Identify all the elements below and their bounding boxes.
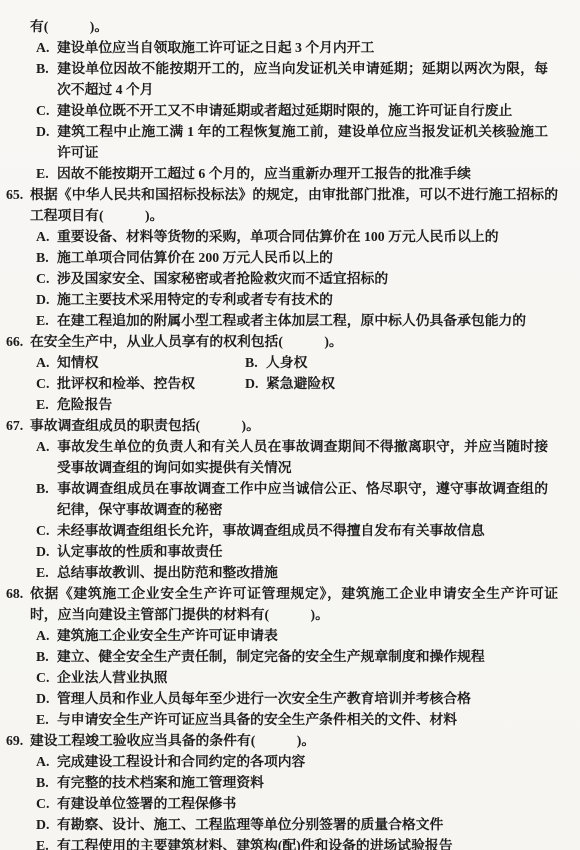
- option: A.建设单位应当自领取施工许可证之日起 3 个月内开工: [36, 37, 548, 58]
- option-text: 危险报告: [57, 397, 112, 412]
- question-block: 有( )。A.建设单位应当自领取施工许可证之日起 3 个月内开工B.建设单位因故…: [0, 16, 580, 184]
- question-stem-text: 有( )。: [30, 19, 108, 34]
- option-text: 与申请安全生产许可证应当具备的安全生产条件相关的文件、材料: [57, 712, 457, 727]
- option-letter: D.: [36, 688, 57, 709]
- option-letter: D.: [36, 289, 57, 310]
- option: C.批评权和检举、控告权: [36, 373, 245, 394]
- option: D.管理人员和作业人员每年至少进行一次安全生产教育培训并考核合格: [36, 688, 548, 709]
- option-letter: B.: [36, 772, 57, 793]
- question-block: 68.依据《建筑施工企业安全生产许可证管理规定》，建筑施工企业申请安全生产许可证…: [0, 583, 580, 730]
- question-stem-text: 依据《建筑施工企业安全生产许可证管理规定》，建筑施工企业申请安全生产许可证时，应…: [30, 586, 558, 622]
- option: B.事故调查组成员在事故调查工作中应当诚信公正、恪尽职守，遵守事故调查组的纪律，…: [36, 478, 548, 520]
- option-text: 建筑工程中止施工满 1 年的工程恢复施工前，建设单位应当报发证机关核验施工许可证: [57, 124, 548, 160]
- option-letter: D.: [36, 121, 57, 142]
- option-letter: B.: [36, 247, 57, 268]
- option-text: 建设单位因故不能按期开工的，应当向发证机关申请延期；延期以两次为限，每次不超过 …: [57, 61, 548, 97]
- option: B.人身权: [245, 352, 548, 373]
- question-stem-text: 在安全生产中，从业人员享有的权利包括( )。: [30, 334, 343, 349]
- option: E.危险报告: [36, 394, 245, 415]
- option-letter: A.: [36, 625, 57, 646]
- option-letter: A.: [36, 352, 57, 373]
- option-letter: C.: [36, 268, 57, 289]
- option: C.企业法人营业执照: [36, 667, 548, 688]
- option-letter: E.: [36, 562, 57, 583]
- option-letter: D.: [245, 373, 266, 394]
- option: D.有勘察、设计、施工、工程监理等单位分别签署的质量合格文件: [36, 814, 548, 835]
- option-letter: A.: [36, 436, 57, 457]
- option-letter: D.: [36, 541, 57, 562]
- option: B.建设单位因故不能按期开工的，应当向发证机关申请延期；延期以两次为限，每次不超…: [36, 58, 548, 100]
- question-number: 66.: [6, 331, 23, 352]
- option-text: 事故发生单位的负责人和有关人员在事故调查期间不得撤离职守，并应当随时接受事故调查…: [57, 439, 548, 475]
- option: B.施工单项合同估算价在 200 万元人民币以上的: [36, 247, 548, 268]
- question-list: 有( )。A.建设单位应当自领取施工许可证之日起 3 个月内开工B.建设单位因故…: [0, 16, 580, 850]
- question-number: 69.: [6, 730, 23, 751]
- option-letter: C.: [36, 373, 57, 394]
- option-letter: E.: [36, 835, 57, 850]
- option-text: 未经事故调查组组长允许，事故调查组成员不得擅自发布有关事故信息: [57, 523, 485, 538]
- option-row: C.批评权和检举、控告权D.紧急避险权: [36, 373, 548, 394]
- option-text: 有勘察、设计、施工、工程监理等单位分别签署的质量合格文件: [57, 817, 443, 832]
- question-block: 69.建设工程竣工验收应当具备的条件有( )。A.完成建设工程设计和合同约定的各…: [0, 730, 580, 850]
- option: C.有建设单位签署的工程保修书: [36, 793, 548, 814]
- option: E.有工程使用的主要建筑材料、建筑构(配)件和设备的进场试验报告: [36, 835, 548, 850]
- option-letter: E.: [36, 310, 57, 331]
- option-text: 建筑施工企业安全生产许可证申请表: [57, 628, 278, 643]
- option: D.紧急避险权: [245, 373, 548, 394]
- question-stem-text: 事故调查组成员的职责包括( )。: [30, 418, 260, 433]
- question-number: 68.: [6, 583, 23, 604]
- option-letter: A.: [36, 37, 57, 58]
- option-text: 总结事故教训、提出防范和整改措施: [57, 565, 278, 580]
- question-block: 67.事故调查组成员的职责包括( )。A.事故发生单位的负责人和有关人员在事故调…: [0, 415, 580, 583]
- option-letter: C.: [36, 793, 57, 814]
- question-stem: 66.在安全生产中，从业人员享有的权利包括( )。: [30, 331, 558, 352]
- question-number: 67.: [6, 415, 23, 436]
- option-letter: E.: [36, 163, 57, 184]
- option-text: 建设单位应当自领取施工许可证之日起 3 个月内开工: [57, 40, 374, 55]
- option: B.有完整的技术档案和施工管理资料: [36, 772, 548, 793]
- option-letter: C.: [36, 667, 57, 688]
- option-text: 事故调查组成员在事故调查工作中应当诚信公正、恪尽职守，遵守事故调查组的纪律，保守…: [57, 481, 548, 517]
- option: A.知情权: [36, 352, 245, 373]
- option-text: 涉及国家安全、国家秘密或者抢险救灾而不适宜招标的: [57, 271, 388, 286]
- option: A.重要设备、材料等货物的采购，单项合同估算价在 100 万元人民币以上的: [36, 226, 548, 247]
- question-stem-text: 根据《中华人民共和国招标投标法》的规定，由审批部门批准，可以不进行施工招标的工程…: [30, 187, 558, 223]
- question-stem: 68.依据《建筑施工企业安全生产许可证管理规定》，建筑施工企业申请安全生产许可证…: [30, 583, 558, 625]
- option-text: 知情权: [57, 355, 98, 370]
- option-text: 有完整的技术档案和施工管理资料: [57, 775, 264, 790]
- option: C.涉及国家安全、国家秘密或者抢险救灾而不适宜招标的: [36, 268, 548, 289]
- question-stem: 有( )。: [30, 16, 558, 37]
- option-letter: B.: [36, 58, 57, 79]
- option-row: A.知情权B.人身权: [36, 352, 548, 373]
- question-stem-text: 建设工程竣工验收应当具备的条件有( )。: [30, 733, 315, 748]
- option: A.完成建设工程设计和合同约定的各项内容: [36, 751, 548, 772]
- question-stem: 65.根据《中华人民共和国招标投标法》的规定，由审批部门批准，可以不进行施工招标…: [30, 184, 558, 226]
- option: E.与申请安全生产许可证应当具备的安全生产条件相关的文件、材料: [36, 709, 548, 730]
- option-letter: E.: [36, 709, 57, 730]
- option-text: 认定事故的性质和事故责任: [57, 544, 223, 559]
- option: D.施工主要技术采用特定的专利或者专有技术的: [36, 289, 548, 310]
- option-text: 建立、健全安全生产责任制，制定完备的安全生产规章制度和操作规程: [57, 649, 485, 664]
- option-text: 企业法人营业执照: [57, 670, 167, 685]
- option-letter: D.: [36, 814, 57, 835]
- option-text: 在建工程追加的附属小型工程或者主体加层工程，原中标人仍具备承包能力的: [57, 313, 526, 328]
- option-text: 紧急避险权: [266, 376, 335, 391]
- question-block: 65.根据《中华人民共和国招标投标法》的规定，由审批部门批准，可以不进行施工招标…: [0, 184, 580, 331]
- option-letter: B.: [245, 352, 266, 373]
- option-text: 建设单位既不开工又不申请延期或者超过延期时限的，施工许可证自行废止: [57, 103, 512, 118]
- question-stem: 67.事故调查组成员的职责包括( )。: [30, 415, 558, 436]
- option-text: 重要设备、材料等货物的采购，单项合同估算价在 100 万元人民币以上的: [57, 229, 499, 244]
- option: E.在建工程追加的附属小型工程或者主体加层工程，原中标人仍具备承包能力的: [36, 310, 548, 331]
- option-text: 有工程使用的主要建筑材料、建筑构(配)件和设备的进场试验报告: [57, 838, 453, 850]
- option-text: 有建设单位签署的工程保修书: [57, 796, 236, 811]
- option: C.建设单位既不开工又不申请延期或者超过延期时限的，施工许可证自行废止: [36, 100, 548, 121]
- option-text: 因故不能按期开工超过 6 个月的，应当重新办理开工报告的批准手续: [57, 166, 471, 181]
- option-letter: A.: [36, 226, 57, 247]
- option-letter: C.: [36, 520, 57, 541]
- option-letter: C.: [36, 100, 57, 121]
- option-text: 批评权和检举、控告权: [57, 376, 195, 391]
- question-number: 65.: [6, 184, 23, 205]
- option: E.总结事故教训、提出防范和整改措施: [36, 562, 548, 583]
- option-letter: A.: [36, 751, 57, 772]
- option-text: 完成建设工程设计和合同约定的各项内容: [57, 754, 305, 769]
- option: C.未经事故调查组组长允许，事故调查组成员不得擅自发布有关事故信息: [36, 520, 548, 541]
- question-block: 66.在安全生产中，从业人员享有的权利包括( )。A.知情权B.人身权C.批评权…: [0, 331, 580, 415]
- option-letter: B.: [36, 646, 57, 667]
- option: D.建筑工程中止施工满 1 年的工程恢复施工前，建设单位应当报发证机关核验施工许…: [36, 121, 548, 163]
- option-text: 人身权: [266, 355, 307, 370]
- option-text: 施工主要技术采用特定的专利或者专有技术的: [57, 292, 333, 307]
- option: E.因故不能按期开工超过 6 个月的，应当重新办理开工报告的批准手续: [36, 163, 548, 184]
- option: D.认定事故的性质和事故责任: [36, 541, 548, 562]
- option-letter: E.: [36, 394, 57, 415]
- option: B.建立、健全安全生产责任制，制定完备的安全生产规章制度和操作规程: [36, 646, 548, 667]
- option-letter: B.: [36, 478, 57, 499]
- option: A.事故发生单位的负责人和有关人员在事故调查期间不得撤离职守，并应当随时接受事故…: [36, 436, 548, 478]
- option: A.建筑施工企业安全生产许可证申请表: [36, 625, 548, 646]
- question-stem: 69.建设工程竣工验收应当具备的条件有( )。: [30, 730, 558, 751]
- option-text: 施工单项合同估算价在 200 万元人民币以上的: [57, 250, 333, 265]
- option-text: 管理人员和作业人员每年至少进行一次安全生产教育培训并考核合格: [57, 691, 471, 706]
- option-row: E.危险报告: [36, 394, 548, 415]
- exam-page: 有( )。A.建设单位应当自领取施工许可证之日起 3 个月内开工B.建设单位因故…: [0, 0, 580, 850]
